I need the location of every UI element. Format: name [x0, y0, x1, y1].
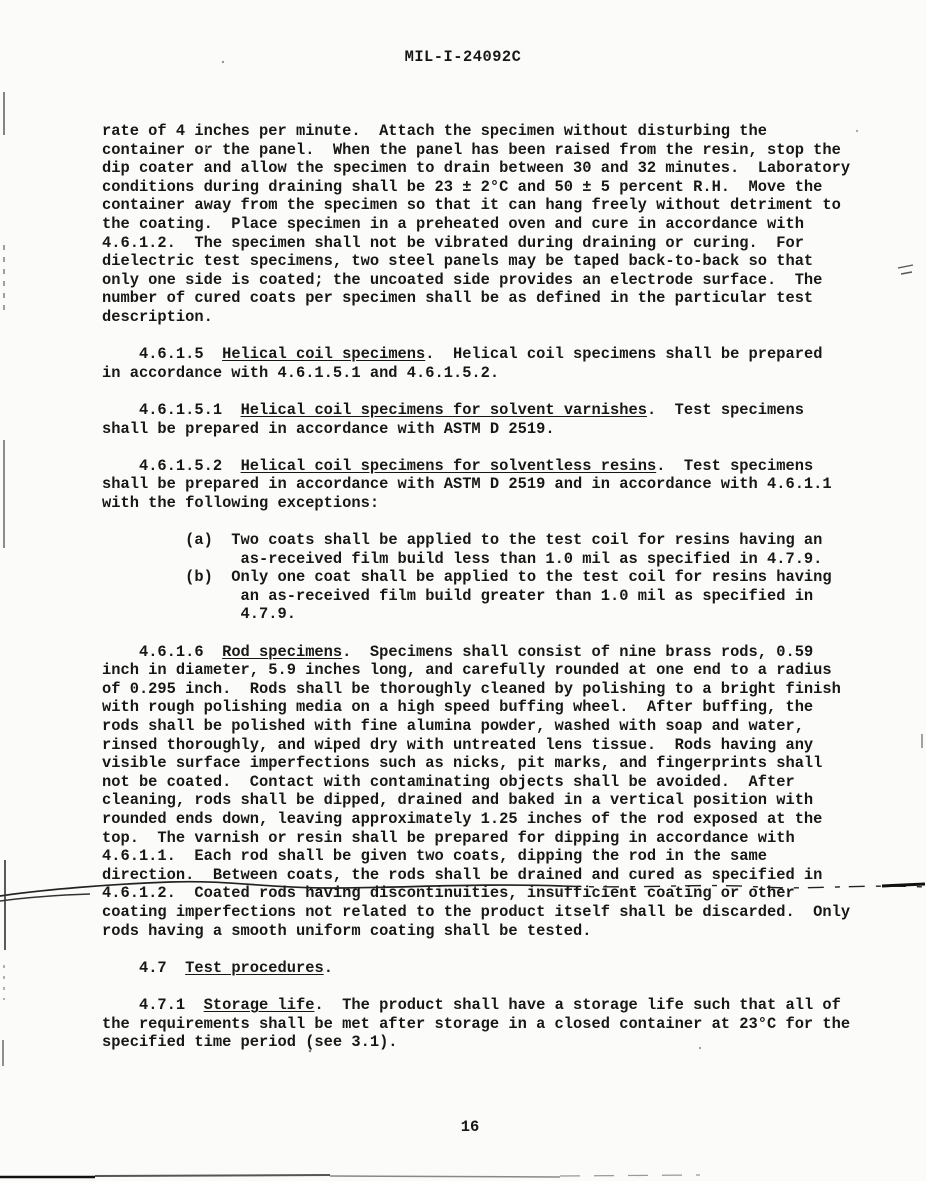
- section-title: Storage life: [204, 996, 315, 1014]
- section-title: Helical coil specimens for solventless r…: [241, 457, 657, 475]
- body-text: 4.6.1.5: [102, 345, 222, 363]
- body-text: (a) Two coats shall be applied to the te…: [102, 531, 832, 623]
- section-title: Test procedures: [185, 959, 324, 977]
- document-id-header: MIL-I-24092C: [0, 48, 926, 66]
- body-text: rate of 4 inches per minute. Attach the …: [102, 122, 850, 326]
- right-margin-squiggle: [898, 265, 913, 274]
- paragraph-5: (a) Two coats shall be applied to the te…: [102, 531, 874, 624]
- paragraph-7: 4.7 Test procedures.: [102, 959, 874, 978]
- document-body: rate of 4 inches per minute. Attach the …: [102, 122, 874, 1070]
- body-text: 4.6.1.5.1: [102, 401, 241, 419]
- scanned-document-page: MIL-I-24092C rate of 4 inches per minute…: [0, 0, 926, 1181]
- paragraph-4: 4.6.1.5.2 Helical coil specimens for sol…: [102, 457, 874, 513]
- body-text: 4.6.1.6: [102, 643, 222, 661]
- bottom-edge-line: [560, 1175, 700, 1176]
- page-number: 16: [0, 1118, 926, 1136]
- scratch-line-left-double: [0, 894, 90, 901]
- body-text: . Specimens shall consist of nine brass …: [102, 643, 850, 940]
- paragraph-3: 4.6.1.5.1 Helical coil specimens for sol…: [102, 401, 874, 438]
- paragraph-2: 4.6.1.5 Helical coil specimens. Helical …: [102, 345, 874, 382]
- paragraph-8: 4.7.1 Storage life. The product shall ha…: [102, 996, 874, 1052]
- scratch-line-end-dash: [882, 884, 925, 886]
- bottom-edge-line: [330, 1176, 560, 1177]
- body-text: 4.7.1: [102, 996, 204, 1014]
- section-title: Rod specimens: [222, 643, 342, 661]
- section-title: Helical coil specimens for solvent varni…: [241, 401, 647, 419]
- body-text: .: [324, 959, 333, 977]
- section-title: Helical coil specimens: [222, 345, 425, 363]
- bottom-edge-line: [95, 1175, 330, 1176]
- paragraph-6: 4.6.1.6 Rod specimens. Specimens shall c…: [102, 643, 874, 941]
- body-text: 4.6.1.5.2: [102, 457, 241, 475]
- paragraph-1: rate of 4 inches per minute. Attach the …: [102, 122, 874, 327]
- body-text: 4.7: [102, 959, 185, 977]
